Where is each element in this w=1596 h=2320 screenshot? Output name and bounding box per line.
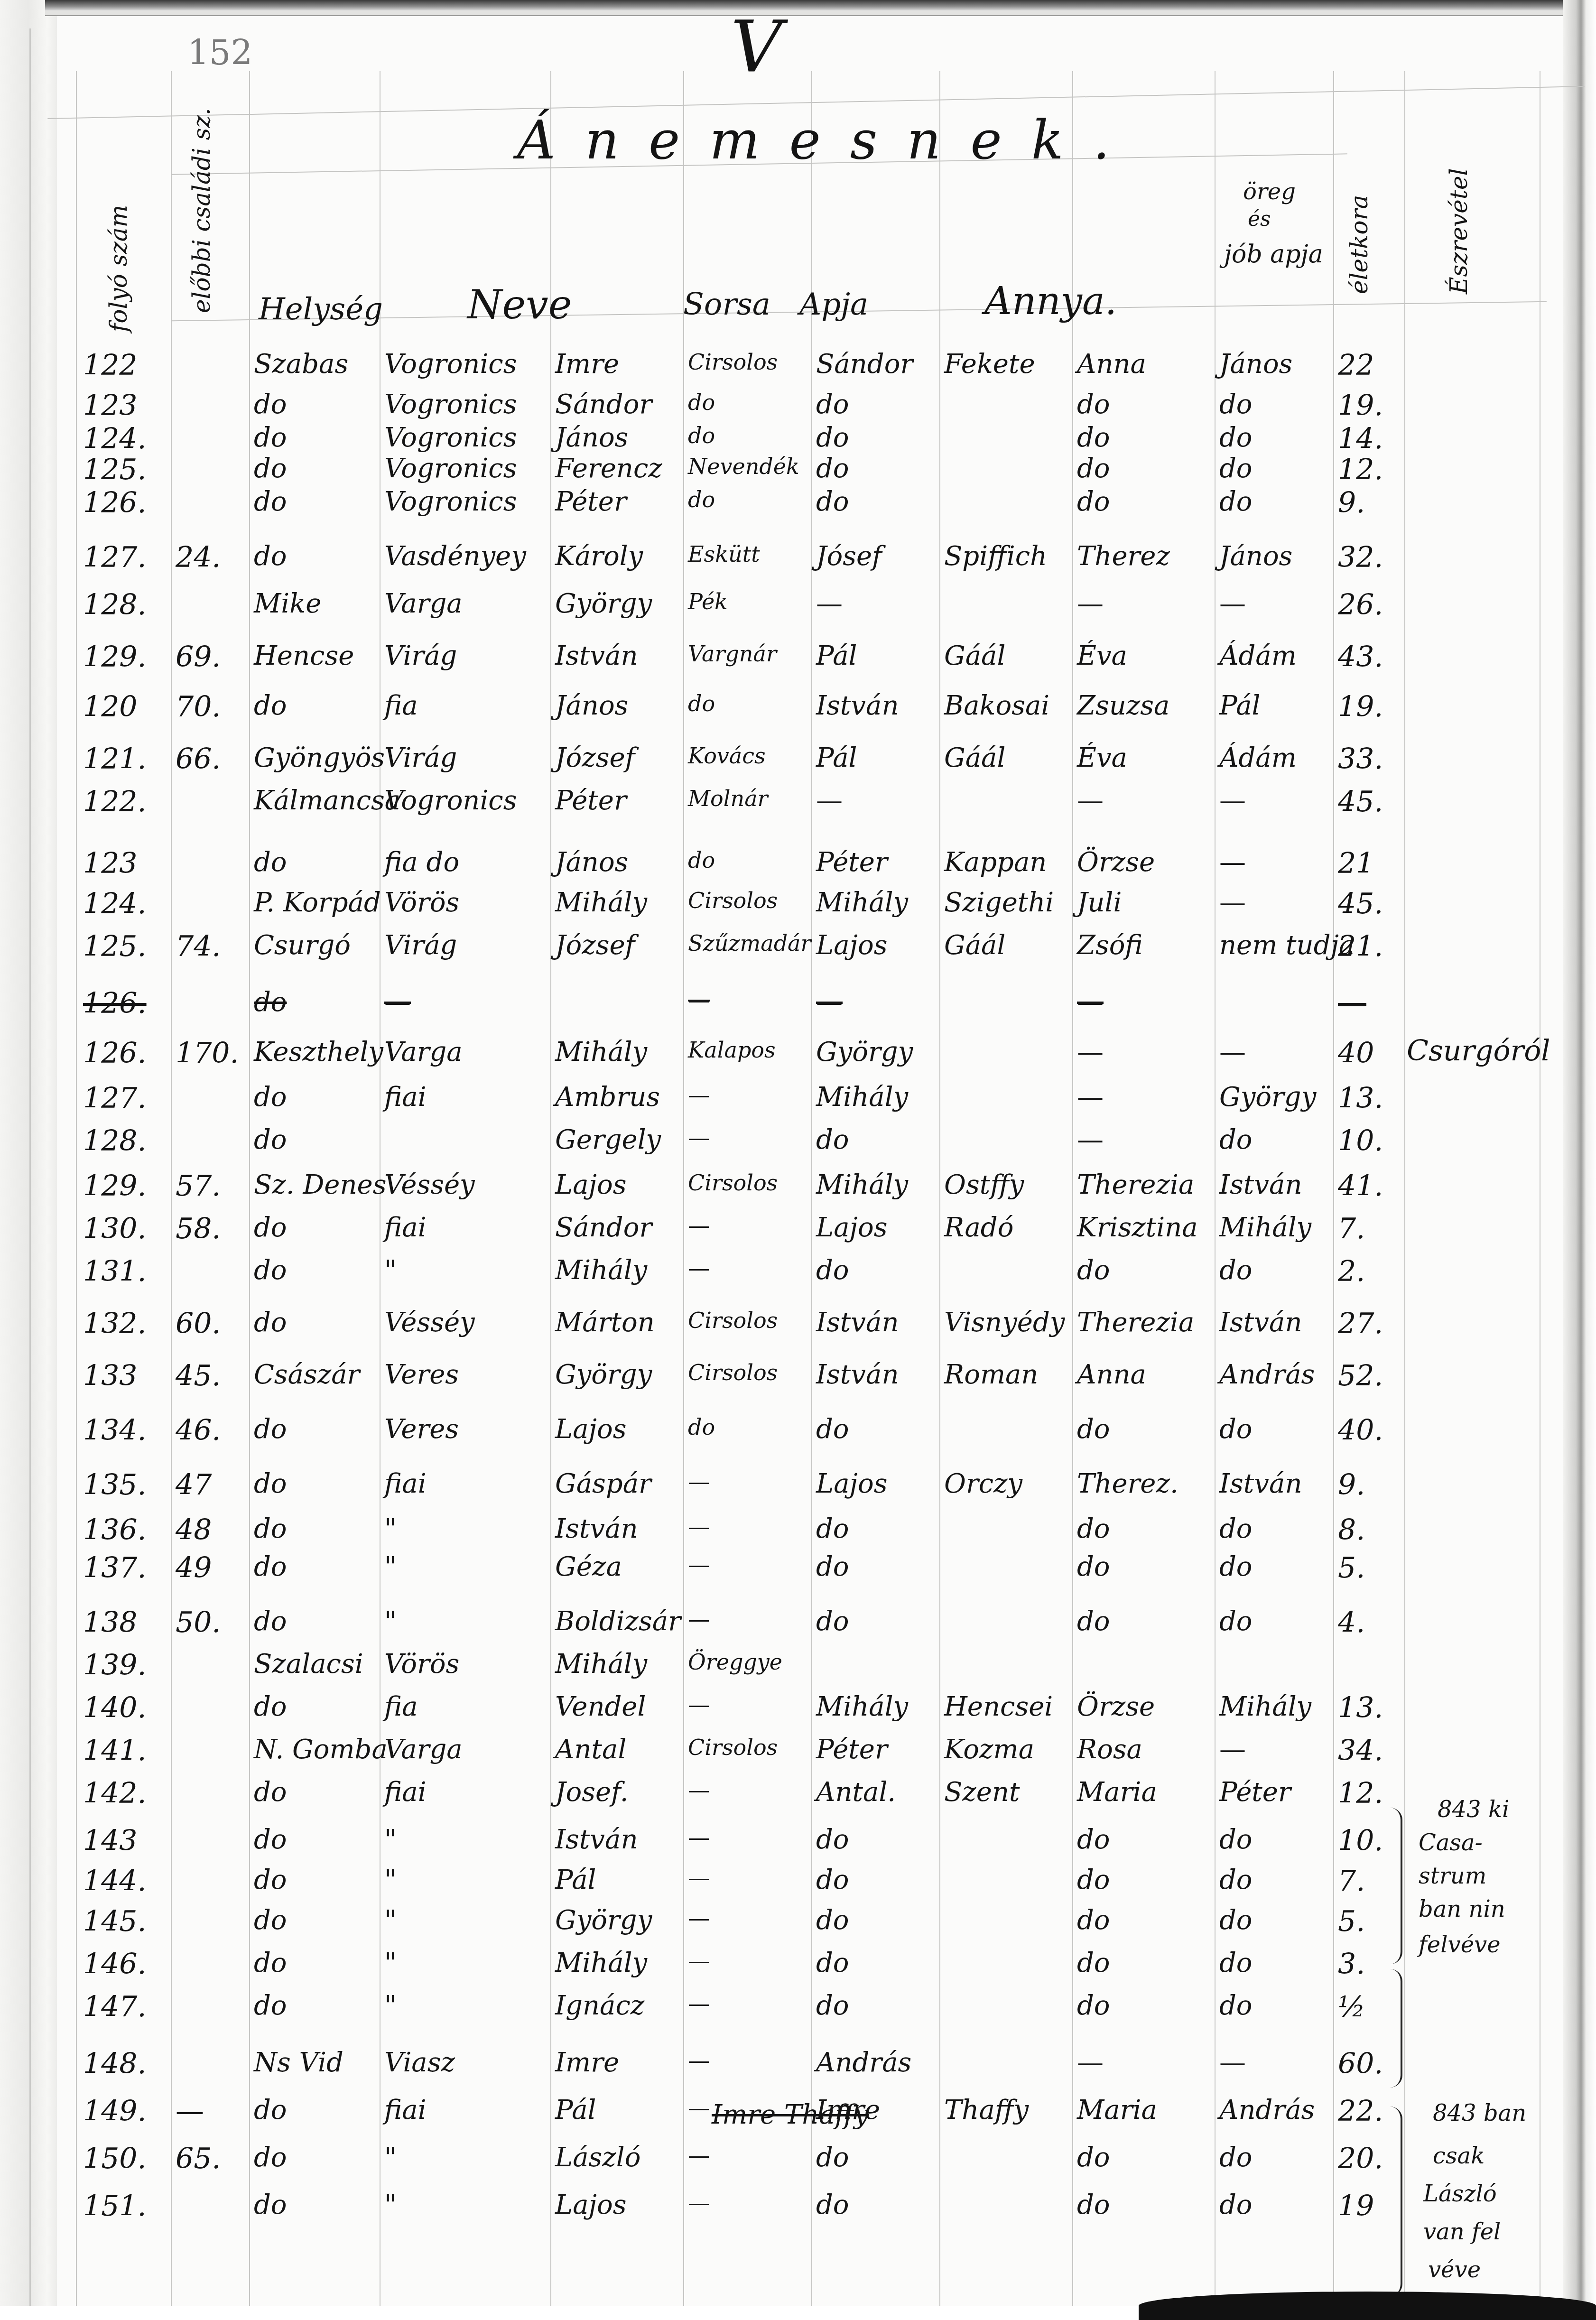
cell-anyja-giv: —	[1077, 989, 1104, 1016]
cell-n: 124.	[83, 425, 147, 453]
cell-prev: 24.	[176, 543, 221, 572]
cell-surname: —	[384, 989, 411, 1016]
cell-place: Szabas	[254, 351, 348, 378]
cell-given: Péter	[555, 788, 627, 814]
cell-oreg: Ádám	[1219, 745, 1297, 771]
column-rule	[1404, 71, 1405, 2306]
cell-oreg: do	[1219, 1867, 1253, 1893]
cell-place: do	[254, 489, 287, 515]
cell-age: 19.	[1338, 693, 1383, 721]
cell-oreg: do	[1219, 1907, 1253, 1934]
cell-sorsa: Cirsolos	[688, 1736, 778, 1758]
cell-given: Sándor	[555, 1215, 652, 1241]
cell-apja: —	[816, 989, 843, 1016]
cell-n: 134.	[83, 1416, 147, 1445]
cell-surname: fia	[384, 693, 418, 719]
cell-given: Lajos	[555, 1416, 626, 1443]
cell-anyja-giv: do	[1077, 391, 1110, 418]
cell-n: 135.	[83, 1471, 147, 1499]
cell-anyja-giv: do	[1077, 2144, 1110, 2171]
cell-n: 128.	[83, 1127, 147, 1155]
cell-surname: fiai	[384, 2097, 427, 2124]
cell-n: 142.	[83, 1779, 147, 1808]
cell-oreg: do	[1219, 489, 1253, 515]
cell-apja: Mihály	[816, 1172, 908, 1198]
cell-sorsa: Cirsolos	[688, 351, 778, 373]
cell-place: do	[254, 1827, 287, 1853]
cell-place: do	[254, 455, 287, 482]
cell-given: József	[555, 745, 635, 771]
cell-oreg: do	[1219, 2144, 1253, 2171]
cell-place: do	[254, 1907, 287, 1934]
cell-apja: do	[816, 1993, 849, 2019]
cell-apja: István	[816, 1362, 899, 1388]
cell-surname: Varga	[384, 1736, 463, 1763]
cell-place: do	[254, 2097, 287, 2124]
header-helyseg: Helység	[259, 294, 383, 325]
header-eszrevetel: Észrevétel	[1447, 168, 1471, 294]
cell-age: 22	[1338, 351, 1374, 380]
cell-prev: 47	[176, 1471, 212, 1499]
cell-age: 2.	[1338, 1257, 1365, 1286]
cell-n: 150.	[83, 2144, 147, 2173]
cell-oreg: András	[1219, 1362, 1315, 1388]
cell-sorsa: do	[688, 693, 715, 715]
register-page: 152 V Ánemesnek. folyó szám előbbi csalá…	[0, 0, 1596, 2306]
cell-given: Károly	[555, 543, 643, 570]
cell-apja: do	[816, 1907, 849, 1934]
cell-n: 129.	[83, 1172, 147, 1200]
cell-n: 124.	[83, 890, 147, 918]
cell-anyja-giv: —	[1077, 2050, 1104, 2076]
cell-surname: "	[384, 1827, 397, 1853]
column-rule	[1072, 71, 1073, 2306]
cell-n: 125.	[83, 932, 147, 961]
cell-n: 139.	[83, 1651, 147, 1680]
book-binding	[0, 0, 57, 2306]
brace	[1390, 2107, 1402, 2296]
cell-prev: 74.	[176, 932, 221, 961]
cell-oreg: do	[1219, 425, 1253, 451]
cell-age: —	[1338, 989, 1366, 1018]
cell-given: Boldizsár	[555, 1608, 681, 1635]
cell-place: do	[254, 2144, 287, 2171]
cell-anyja-sur: Ostffy	[944, 1172, 1024, 1198]
cell-n: 147.	[83, 1993, 147, 2021]
note-1843-line2: Casa-	[1419, 1831, 1483, 1854]
cell-surname: Vésséy	[384, 1309, 475, 1336]
cell-oreg: do	[1219, 1993, 1253, 2019]
cell-anyja-giv: Örzse	[1077, 1694, 1155, 1720]
cell-sorsa: —	[688, 1554, 710, 1576]
cell-n: 127.	[83, 543, 147, 572]
cell-place: Keszthely	[254, 1039, 383, 1066]
cell-sorsa: —	[688, 1516, 710, 1538]
column-rule	[1333, 71, 1334, 2306]
cell-apja: István	[816, 1309, 899, 1336]
note-1843b-line4: van fel	[1423, 2220, 1501, 2243]
cell-anyja-giv: Therezia	[1077, 1172, 1194, 1198]
cell-prev: 60.	[176, 1309, 221, 1338]
cell-given: Márton	[555, 1309, 655, 1336]
cell-n: 127.	[83, 1084, 147, 1113]
cell-prev: 46.	[176, 1416, 221, 1445]
cell-anyja-giv: Örzse	[1077, 849, 1155, 876]
cell-n: 123	[83, 391, 138, 420]
column-rule	[550, 71, 551, 2306]
cell-given: János	[555, 425, 628, 451]
cell-apja: do	[816, 1416, 849, 1443]
cell-given: Imre	[555, 2050, 619, 2076]
cell-n: 148.	[83, 2050, 147, 2078]
cell-oreg: do	[1219, 1554, 1253, 1580]
cell-place: Csurgó	[254, 932, 351, 959]
cell-anyja-giv: do	[1077, 425, 1110, 451]
brace	[1390, 1969, 1402, 2088]
note-1843b-line2: csak	[1433, 2144, 1485, 2167]
cell-place: do	[254, 391, 287, 418]
column-rule	[76, 71, 77, 2306]
cell-apja: do	[816, 2192, 849, 2218]
cell-surname: Virág	[384, 643, 457, 669]
cell-n: 143	[83, 1827, 138, 1855]
cell-apja: István	[816, 693, 899, 719]
cell-place: Gyöngyös	[254, 745, 385, 771]
cell-sorsa: Öreggye	[688, 1651, 782, 1673]
cell-apja: —	[816, 591, 843, 617]
cell-apja: do	[816, 1554, 849, 1580]
cell-place: Kálmancsa	[254, 788, 400, 814]
cell-surname: Vésséy	[384, 1172, 475, 1198]
cell-anyja-sur: Visnyédy	[944, 1309, 1065, 1336]
cell-prev: 50.	[176, 1608, 221, 1637]
cell-sorsa: Cirsolos	[688, 890, 778, 911]
cell-anyja-sur: Thaffy	[944, 2097, 1029, 2124]
cell-anyja-sur: Gáál	[944, 932, 1005, 959]
cell-n: 126.	[83, 1039, 147, 1067]
cell-anyja-giv: Maria	[1077, 2097, 1157, 2124]
cell-anyja-giv: —	[1077, 1039, 1104, 1066]
cell-oreg: János	[1219, 351, 1292, 378]
cell-given: István	[555, 1516, 638, 1542]
cell-anyja-giv: do	[1077, 489, 1110, 515]
cell-struck-text: Imre Thaffy	[712, 2102, 869, 2128]
cell-apja: —	[816, 788, 843, 814]
cell-place: Szalacsi	[254, 1651, 363, 1678]
cell-given: Mihály	[555, 890, 647, 916]
column-rule	[1215, 71, 1216, 2306]
cell-age: 43.	[1338, 643, 1383, 671]
cell-anyja-sur: Fekete	[944, 351, 1035, 378]
cell-sorsa: do	[688, 391, 715, 413]
cell-sorsa: Cirsolos	[688, 1172, 778, 1194]
cell-age: 8.	[1338, 1516, 1365, 1544]
cell-sorsa: —	[688, 1827, 710, 1848]
cell-given: József	[555, 932, 635, 959]
cell-place: do	[254, 1127, 287, 1153]
cell-oreg: do	[1219, 1608, 1253, 1635]
cell-surname: fia	[384, 1694, 418, 1720]
cell-apja: Péter	[816, 849, 888, 876]
cell-given: János	[555, 849, 628, 876]
cell-oreg: Mihály	[1219, 1694, 1311, 1720]
cell-age: 45.	[1338, 788, 1383, 816]
cell-surname: Virág	[384, 932, 457, 959]
cell-anyja-giv: do	[1077, 2192, 1110, 2218]
cell-given: Josef.	[555, 1779, 629, 1806]
cell-given: Lajos	[555, 1172, 626, 1198]
cell-surname: Virág	[384, 745, 457, 771]
cell-apja: do	[816, 489, 849, 515]
cell-sorsa: —	[688, 989, 710, 1011]
cell-surname: "	[384, 1608, 397, 1635]
cell-apja: do	[816, 1516, 849, 1542]
cell-surname: Vogronics	[384, 455, 517, 482]
cell-prev: 49	[176, 1554, 212, 1582]
cell-age: 21.	[1338, 932, 1383, 961]
cell-apja: do	[816, 2144, 849, 2171]
cell-anyja-giv: do	[1077, 1516, 1110, 1542]
column-rule	[683, 71, 684, 2306]
cell-oreg: —	[1219, 1039, 1246, 1066]
cell-anyja-sur: Kozma	[944, 1736, 1034, 1763]
cell-surname: fia do	[384, 849, 459, 876]
cell-sorsa: Eskütt	[688, 543, 760, 565]
header-jobagy-apja: jób apja	[1224, 242, 1323, 267]
cell-apja: do	[816, 455, 849, 482]
cell-sorsa: —	[688, 1993, 710, 2014]
cell-n: 125.	[83, 455, 147, 484]
cell-n: 122	[83, 351, 138, 380]
cell-given: Mihály	[555, 1039, 647, 1066]
cell-sorsa: —	[688, 1950, 710, 1972]
cell-age: 21	[1338, 849, 1374, 878]
note-1843b-line3: László	[1423, 2182, 1497, 2205]
cell-prev: 57.	[176, 1172, 221, 1200]
cell-surname: Varga	[384, 591, 463, 617]
cell-given: Mihály	[555, 1651, 647, 1678]
cell-n: 126.	[83, 489, 147, 517]
cell-oreg: —	[1219, 591, 1246, 617]
cell-given: Vendel	[555, 1694, 646, 1720]
note-1843-line3: strum	[1419, 1865, 1486, 1887]
cell-age: 4.	[1338, 1608, 1365, 1637]
cell-apja: do	[816, 1950, 849, 1977]
cell-anyja-sur: Szent	[944, 1779, 1020, 1806]
page-number: 152	[187, 36, 252, 70]
brace	[1390, 1808, 1402, 1964]
cell-given: Gáspár	[555, 1471, 651, 1497]
cell-anyja-giv: do	[1077, 1608, 1110, 1635]
cell-apja: Mihály	[816, 1694, 908, 1720]
cell-oreg: István	[1219, 1309, 1302, 1336]
cell-place: do	[254, 1950, 287, 1977]
cell-given: László	[555, 2144, 640, 2171]
cell-anyja-giv: Zsuzsa	[1077, 693, 1169, 719]
cell-anyja-giv: do	[1077, 1416, 1110, 1443]
cell-anyja-giv: —	[1077, 788, 1104, 814]
cell-n: 140.	[83, 1694, 147, 1722]
cell-place: do	[254, 693, 287, 719]
cell-oreg: Pál	[1219, 693, 1260, 719]
cell-surname: Vörös	[384, 890, 459, 916]
cell-age: 10.	[1338, 1127, 1383, 1155]
cell-anyja-giv: do	[1077, 1867, 1110, 1893]
cell-oreg: do	[1219, 1827, 1253, 1853]
cell-place: do	[254, 1471, 287, 1497]
cell-place: do	[254, 1779, 287, 1806]
cell-given: Antal	[555, 1736, 626, 1763]
cell-n: 149.	[83, 2097, 147, 2125]
header-anyja: Annya.	[984, 282, 1117, 320]
cell-oreg: do	[1219, 1950, 1253, 1977]
cell-age: 19	[1338, 2192, 1374, 2220]
cell-apja: Antal.	[816, 1779, 896, 1806]
cell-age: 14.	[1338, 425, 1383, 453]
cell-apja: Pál	[816, 745, 857, 771]
cell-n: 126.	[83, 989, 147, 1018]
cell-place: do	[254, 2192, 287, 2218]
cell-age: 27.	[1338, 1309, 1383, 1338]
cell-surname: Veres	[384, 1416, 459, 1443]
cell-place: N. Gomba	[254, 1736, 388, 1763]
cell-place: do	[254, 1516, 287, 1542]
cell-apja: do	[816, 1127, 849, 1153]
cell-age: 3.	[1338, 1950, 1365, 1978]
cell-apja: Sándor	[816, 351, 913, 378]
cell-anyja-sur: Gáál	[944, 745, 1005, 771]
cell-oreg: Péter	[1219, 1779, 1291, 1806]
cell-prev: 65.	[176, 2144, 221, 2173]
cell-age: 9.	[1338, 489, 1365, 517]
cell-place: do	[254, 1257, 287, 1284]
cell-prev: 66.	[176, 745, 221, 773]
cell-given: Mihály	[555, 1257, 647, 1284]
cell-given: Imre	[555, 351, 619, 378]
cell-surname: Veres	[384, 1362, 459, 1388]
cell-prev: 58.	[176, 1215, 221, 1243]
cell-age: 60.	[1338, 2050, 1383, 2078]
cell-oreg: do	[1219, 455, 1253, 482]
cell-age: 13.	[1338, 1084, 1383, 1113]
cell-given: István	[555, 1827, 638, 1853]
cell-n: 121.	[83, 745, 147, 773]
cell-age: 33.	[1338, 745, 1383, 773]
cell-oreg: do	[1219, 2192, 1253, 2218]
cell-oreg: do	[1219, 1257, 1253, 1284]
cell-place: Sz. Denes	[254, 1172, 386, 1198]
cell-place: do	[254, 543, 287, 570]
cell-prev: 70.	[176, 693, 221, 721]
cell-age: 40	[1338, 1039, 1374, 1067]
cell-place: Ns Vid	[254, 2050, 343, 2076]
cell-oreg: Ádám	[1219, 643, 1297, 669]
cell-sorsa: —	[688, 2144, 710, 2166]
cell-oreg: András	[1219, 2097, 1315, 2124]
cell-apja: Lajos	[816, 1215, 887, 1241]
cell-apja: do	[816, 1827, 849, 1853]
cell-anyja-sur: Bakosai	[944, 693, 1049, 719]
cell-sorsa: Nevendék	[688, 455, 799, 477]
cell-given: Géza	[555, 1554, 622, 1580]
cell-oreg: do	[1219, 1127, 1253, 1153]
note-1843-line1: 843 ki	[1438, 1798, 1509, 1821]
cell-apja: György	[816, 1039, 913, 1066]
cell-oreg: do	[1219, 391, 1253, 418]
cell-prev: 48	[176, 1516, 212, 1544]
page-top-rule	[45, 10, 1587, 16]
cell-surname: Vörös	[384, 1651, 459, 1678]
cell-surname: Vogronics	[384, 351, 517, 378]
cell-given: Ignácz	[555, 1993, 644, 2019]
header-apja: Apja	[799, 289, 868, 320]
cell-place: do	[254, 1309, 287, 1336]
cell-age: 34.	[1338, 1736, 1383, 1765]
cell-anyja-giv: Rosa	[1077, 1736, 1142, 1763]
page-top-edge	[45, 0, 1587, 10]
cell-anyja-sur: Spiffich	[944, 543, 1047, 570]
cell-given: István	[555, 643, 638, 669]
column-rule	[1540, 71, 1540, 2306]
cell-oreg: do	[1219, 1416, 1253, 1443]
cell-anyja-giv: do	[1077, 1257, 1110, 1284]
note-1843b-line5: véve	[1428, 2258, 1481, 2281]
column-rule	[249, 71, 250, 2306]
cell-age: 5.	[1338, 1907, 1365, 1936]
cell-n: 146.	[83, 1950, 147, 1978]
cell-n: 120	[83, 693, 138, 721]
cell-sorsa: —	[688, 1471, 710, 1493]
cell-surname: Varga	[384, 1039, 463, 1066]
cell-age: 12.	[1338, 455, 1383, 484]
cell-surname: Vasdényey	[384, 543, 526, 570]
cell-anyja-giv: do	[1077, 1950, 1110, 1977]
cell-age: 52.	[1338, 1362, 1383, 1390]
cell-age: 26.	[1338, 591, 1383, 619]
cell-anyja-giv: Krisztina	[1077, 1215, 1198, 1241]
note-1843-line5: felvéve	[1419, 1933, 1501, 1956]
cell-n: 136.	[83, 1516, 147, 1544]
note-csurgorol: Csurgóról	[1407, 1037, 1550, 1065]
cell-sorsa: —	[688, 1257, 710, 1279]
cell-anyja-giv: do	[1077, 1907, 1110, 1934]
cell-n: 130.	[83, 1215, 147, 1243]
cell-prev: 170.	[176, 1039, 239, 1067]
cell-place: Császár	[254, 1362, 360, 1388]
cell-n: 128.	[83, 591, 147, 619]
cell-oreg: Mihály	[1219, 1215, 1311, 1241]
cell-sorsa: Szűzmadár	[688, 932, 811, 954]
cell-anyja-giv: do	[1077, 1993, 1110, 2019]
cell-place: do	[254, 1867, 287, 1893]
column-rule	[171, 71, 172, 2306]
cell-oreg: do	[1219, 1516, 1253, 1542]
header-es: és	[1248, 209, 1271, 230]
cell-place: do	[254, 989, 287, 1016]
cell-surname: "	[384, 1516, 397, 1542]
cell-anyja-sur: Hencsei	[944, 1694, 1053, 1720]
page-corner-shadow	[1139, 2292, 1596, 2306]
cell-anyja-sur: Gáál	[944, 643, 1005, 669]
cell-surname: "	[384, 1554, 397, 1580]
cell-age: 40.	[1338, 1416, 1383, 1445]
cell-surname: fiai	[384, 1215, 427, 1241]
cell-apja: Lajos	[816, 932, 887, 959]
cell-prev: 45.	[176, 1362, 221, 1390]
cell-sorsa: —	[688, 2097, 710, 2119]
cell-sorsa: —	[688, 1084, 710, 1106]
cell-anyja-giv: —	[1077, 591, 1104, 617]
